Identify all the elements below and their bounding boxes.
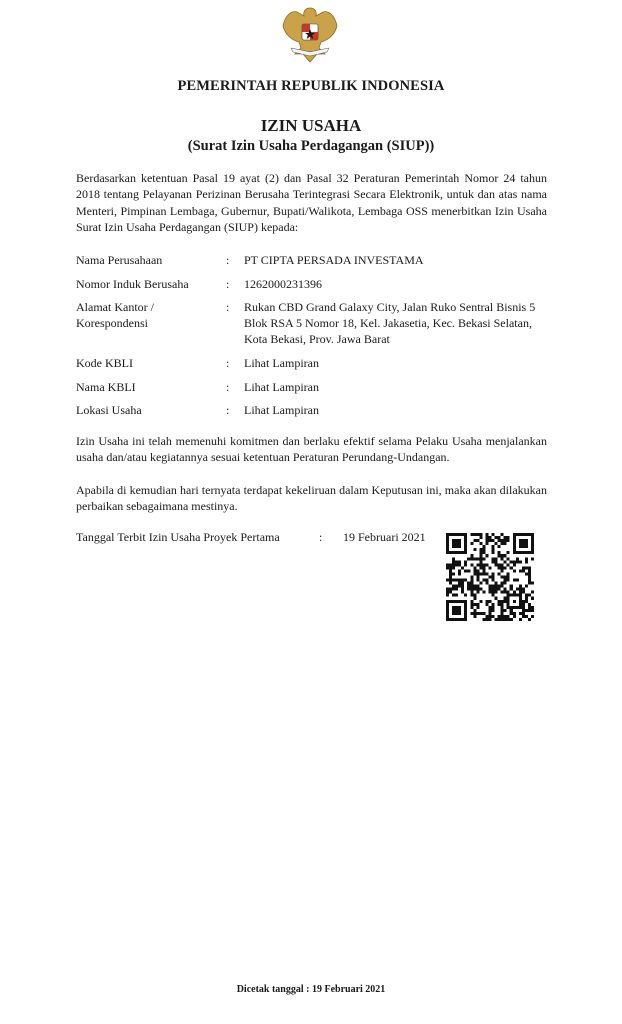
correction-statement: Apabila di kemudian hari ternyata terdap… <box>76 482 547 515</box>
field-row-company-name: Nama Perusahaan : PT CIPTA PERSADA INVES… <box>76 252 546 268</box>
issue-date-row: Tanggal Terbit Izin Usaha Proyek Pertama… <box>76 530 622 545</box>
field-row-kbli-code: Kode KBLI : Lihat Lampiran <box>76 355 546 371</box>
field-label: Nama KBLI <box>76 379 226 395</box>
field-row-kbli-name: Nama KBLI : Lihat Lampiran <box>76 379 546 395</box>
document-subtitle: (Surat Izin Usaha Perdagangan (SIUP)) <box>0 138 622 155</box>
field-colon: : <box>226 402 244 418</box>
field-label: Alamat Kantor / Korespondensi <box>76 299 206 347</box>
intro-paragraph: Berdasarkan ketentuan Pasal 19 ayat (2) … <box>76 170 547 235</box>
field-label: Lokasi Usaha <box>76 402 226 418</box>
field-row-nib: Nomor Induk Berusaha : 1262000231396 <box>76 276 546 292</box>
field-label: Nomor Induk Berusaha <box>76 276 226 292</box>
qr-code-icon <box>446 533 534 621</box>
field-colon: : <box>226 276 244 292</box>
field-colon: : <box>226 355 244 371</box>
issue-date-colon: : <box>319 530 343 545</box>
field-colon: : <box>226 379 244 395</box>
field-colon: : <box>226 299 244 347</box>
field-value: PT CIPTA PERSADA INVESTAMA <box>244 252 546 268</box>
field-value: Rukan CBD Grand Galaxy City, Jalan Ruko … <box>244 299 546 347</box>
field-value: Lihat Lampiran <box>244 402 546 418</box>
field-label: Nama Perusahaan <box>76 252 226 268</box>
issue-date-label: Tanggal Terbit Izin Usaha Proyek Pertama <box>76 530 319 545</box>
field-label: Kode KBLI <box>76 355 226 371</box>
field-value: Lihat Lampiran <box>244 379 546 395</box>
government-heading: PEMERINTAH REPUBLIK INDONESIA <box>0 78 622 95</box>
field-colon: : <box>226 252 244 268</box>
field-value: Lihat Lampiran <box>244 355 546 371</box>
document-title: IZIN USAHA <box>0 116 622 136</box>
field-row-business-location: Lokasi Usaha : Lihat Lampiran <box>76 402 546 418</box>
field-row-address: Alamat Kantor / Korespondensi : Rukan CB… <box>76 299 546 347</box>
validity-statement: Izin Usaha ini telah memenuhi komitmen d… <box>76 433 547 466</box>
garuda-emblem-icon <box>277 4 343 66</box>
field-value: 1262000231396 <box>244 276 546 292</box>
printed-date: Dicetak tanggal : 19 Februari 2021 <box>0 984 622 995</box>
company-details: Nama Perusahaan : PT CIPTA PERSADA INVES… <box>76 252 546 426</box>
